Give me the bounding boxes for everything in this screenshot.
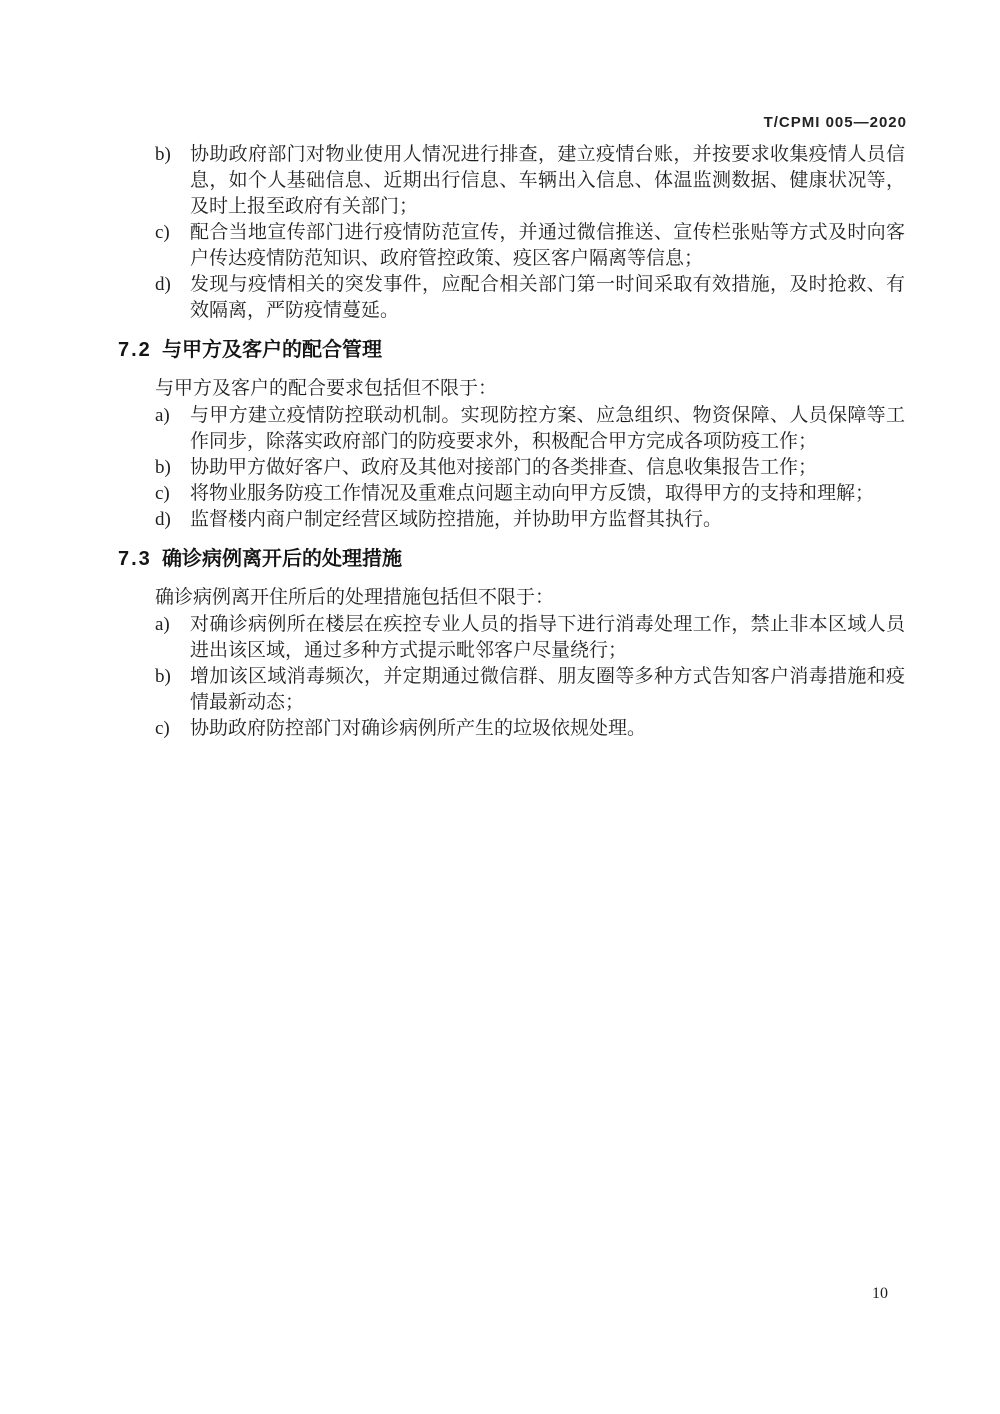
item-label: d): [155, 507, 171, 533]
item-label: d): [155, 272, 171, 298]
item-text: 增加该区域消毒频次，并定期通过微信群、朋友圈等多种方式告知客户消毒措施和疫情最新…: [190, 666, 905, 713]
item-label: b): [155, 664, 171, 690]
item-text: 协助甲方做好客户、政府及其他对接部门的各类排查、信息收集报告工作；: [190, 457, 817, 478]
list-item: a) 与甲方建立疫情防控联动机制。实现防控方案、应急组织、物资保障、人员保障等工…: [155, 403, 905, 455]
page-content: b) 协助政府部门对物业使用人情况进行排查，建立疫情台账，并按要求收集疫情人员信…: [118, 142, 905, 742]
item-label: c): [155, 716, 170, 742]
section-7-2-list: a) 与甲方建立疫情防控联动机制。实现防控方案、应急组织、物资保障、人员保障等工…: [155, 403, 905, 533]
list-item: b) 协助政府部门对物业使用人情况进行排查，建立疫情台账，并按要求收集疫情人员信…: [155, 142, 905, 220]
section-heading-7-2: 7.2 与甲方及客户的配合管理: [118, 337, 905, 363]
heading-number: 7.2: [118, 337, 162, 363]
list-item: b) 协助甲方做好客户、政府及其他对接部门的各类排查、信息收集报告工作；: [155, 455, 905, 481]
document-code-header: T/CPMI 005—2020: [764, 114, 907, 131]
item-label: b): [155, 142, 171, 168]
item-text: 与甲方建立疫情防控联动机制。实现防控方案、应急组织、物资保障、人员保障等工作同步…: [190, 405, 905, 452]
list-item: a) 对确诊病例所在楼层在疾控专业人员的指导下进行消毒处理工作，禁止非本区域人员…: [155, 612, 905, 664]
continued-list: b) 协助政府部门对物业使用人情况进行排查，建立疫情台账，并按要求收集疫情人员信…: [155, 142, 905, 324]
item-text: 协助政府部门对物业使用人情况进行排查，建立疫情台账，并按要求收集疫情人员信息，如…: [190, 144, 905, 217]
heading-title: 确诊病例离开后的处理措施: [162, 546, 402, 572]
item-label: a): [155, 612, 170, 638]
list-item: b) 增加该区域消毒频次，并定期通过微信群、朋友圈等多种方式告知客户消毒措施和疫…: [155, 664, 905, 716]
item-label: c): [155, 220, 170, 246]
section-heading-7-3: 7.3 确诊病例离开后的处理措施: [118, 546, 905, 572]
item-text: 发现与疫情相关的突发事件，应配合相关部门第一时间采取有效措施，及时抢救、有效隔离…: [190, 274, 905, 321]
list-item: d) 发现与疫情相关的突发事件，应配合相关部门第一时间采取有效措施，及时抢救、有…: [155, 272, 905, 324]
item-text: 将物业服务防疫工作情况及重难点问题主动向甲方反馈，取得甲方的支持和理解；: [190, 483, 874, 504]
heading-title: 与甲方及客户的配合管理: [162, 337, 382, 363]
item-text: 协助政府防控部门对确诊病例所产生的垃圾依规处理。: [190, 718, 646, 739]
list-item: c) 配合当地宣传部门进行疫情防范宣传，并通过微信推送、宣传栏张贴等方式及时向客…: [155, 220, 905, 272]
item-label: a): [155, 403, 170, 429]
list-item: c) 将物业服务防疫工作情况及重难点问题主动向甲方反馈，取得甲方的支持和理解；: [155, 481, 905, 507]
item-text: 监督楼内商户制定经营区域防控措施，并协助甲方监督其执行。: [190, 509, 722, 530]
item-text: 配合当地宣传部门进行疫情防范宣传，并通过微信推送、宣传栏张贴等方式及时向客户传达…: [190, 222, 905, 269]
heading-number: 7.3: [118, 546, 162, 572]
section-intro: 确诊病例离开住所后的处理措施包括但不限于：: [155, 585, 905, 611]
section-7-3-list: a) 对确诊病例所在楼层在疾控专业人员的指导下进行消毒处理工作，禁止非本区域人员…: [155, 612, 905, 742]
document-page: T/CPMI 005—2020 b) 协助政府部门对物业使用人情况进行排查，建立…: [0, 0, 1000, 1414]
list-item: d) 监督楼内商户制定经营区域防控措施，并协助甲方监督其执行。: [155, 507, 905, 533]
item-label: b): [155, 455, 171, 481]
item-label: c): [155, 481, 170, 507]
section-intro: 与甲方及客户的配合要求包括但不限于：: [155, 376, 905, 402]
list-item: c) 协助政府防控部门对确诊病例所产生的垃圾依规处理。: [155, 716, 905, 742]
item-text: 对确诊病例所在楼层在疾控专业人员的指导下进行消毒处理工作，禁止非本区域人员进出该…: [190, 614, 905, 661]
page-number: 10: [872, 1285, 888, 1303]
